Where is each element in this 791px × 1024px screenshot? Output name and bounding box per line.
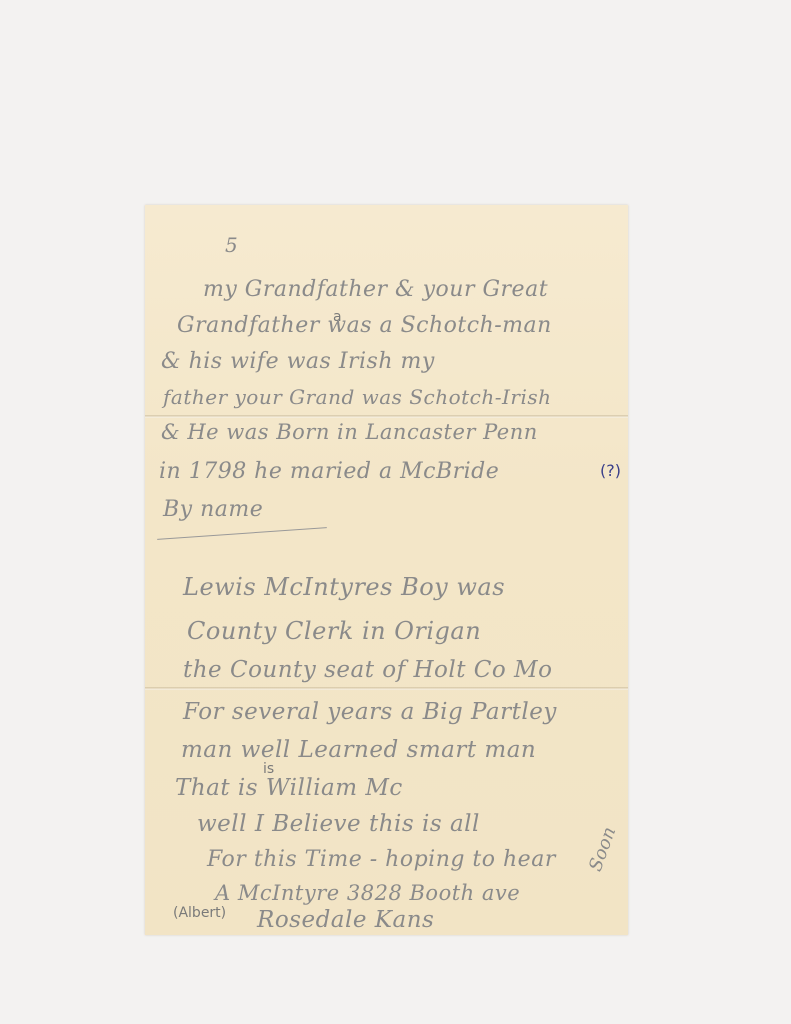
letter-line-10: the County seat of Holt Co Mo — [183, 657, 552, 683]
soon-annotation: Soon — [585, 824, 620, 874]
fold-crease-upper — [145, 415, 628, 418]
city-line: Rosedale Kans — [257, 907, 434, 933]
signature-address-line: A McIntyre 3828 Booth ave — [215, 881, 520, 905]
letter-line-13: That is William Mc — [175, 775, 403, 801]
letter-line-9: County Clerk in Origan — [187, 617, 481, 645]
letter-line-7: By name — [163, 497, 263, 522]
fold-crease-lower — [145, 687, 628, 690]
letter-line-11: For several years a Big Partley — [183, 699, 557, 725]
letter-line-15: For this Time - hoping to hear — [207, 847, 556, 872]
letter-page: 5 my Grandfather & your Great Grandfathe… — [145, 205, 628, 935]
page-number: 5 — [225, 233, 238, 257]
albert-annotation: (Albert) — [173, 905, 226, 921]
question-annotation: (?) — [600, 461, 621, 480]
letter-line-2: Grandfather was a Schotch-man — [177, 313, 552, 338]
letter-line-1: my Grandfather & your Great — [203, 277, 548, 302]
letter-line-4: father your Grand was Schotch-Irish — [163, 385, 552, 409]
letter-line-14: well I Believe this is all — [197, 811, 480, 837]
superscript-a: a — [333, 309, 342, 325]
letter-line-12: man well Learned smart man — [181, 737, 536, 763]
letter-line-3: & his wife was Irish my — [161, 349, 435, 374]
letter-line-5: & He was Born in Lancaster Penn — [161, 420, 538, 444]
letter-line-8: Lewis McIntyres Boy was — [183, 573, 505, 601]
section-divider-stroke — [157, 527, 327, 540]
letter-line-6: in 1798 he maried a McBride — [159, 459, 499, 484]
